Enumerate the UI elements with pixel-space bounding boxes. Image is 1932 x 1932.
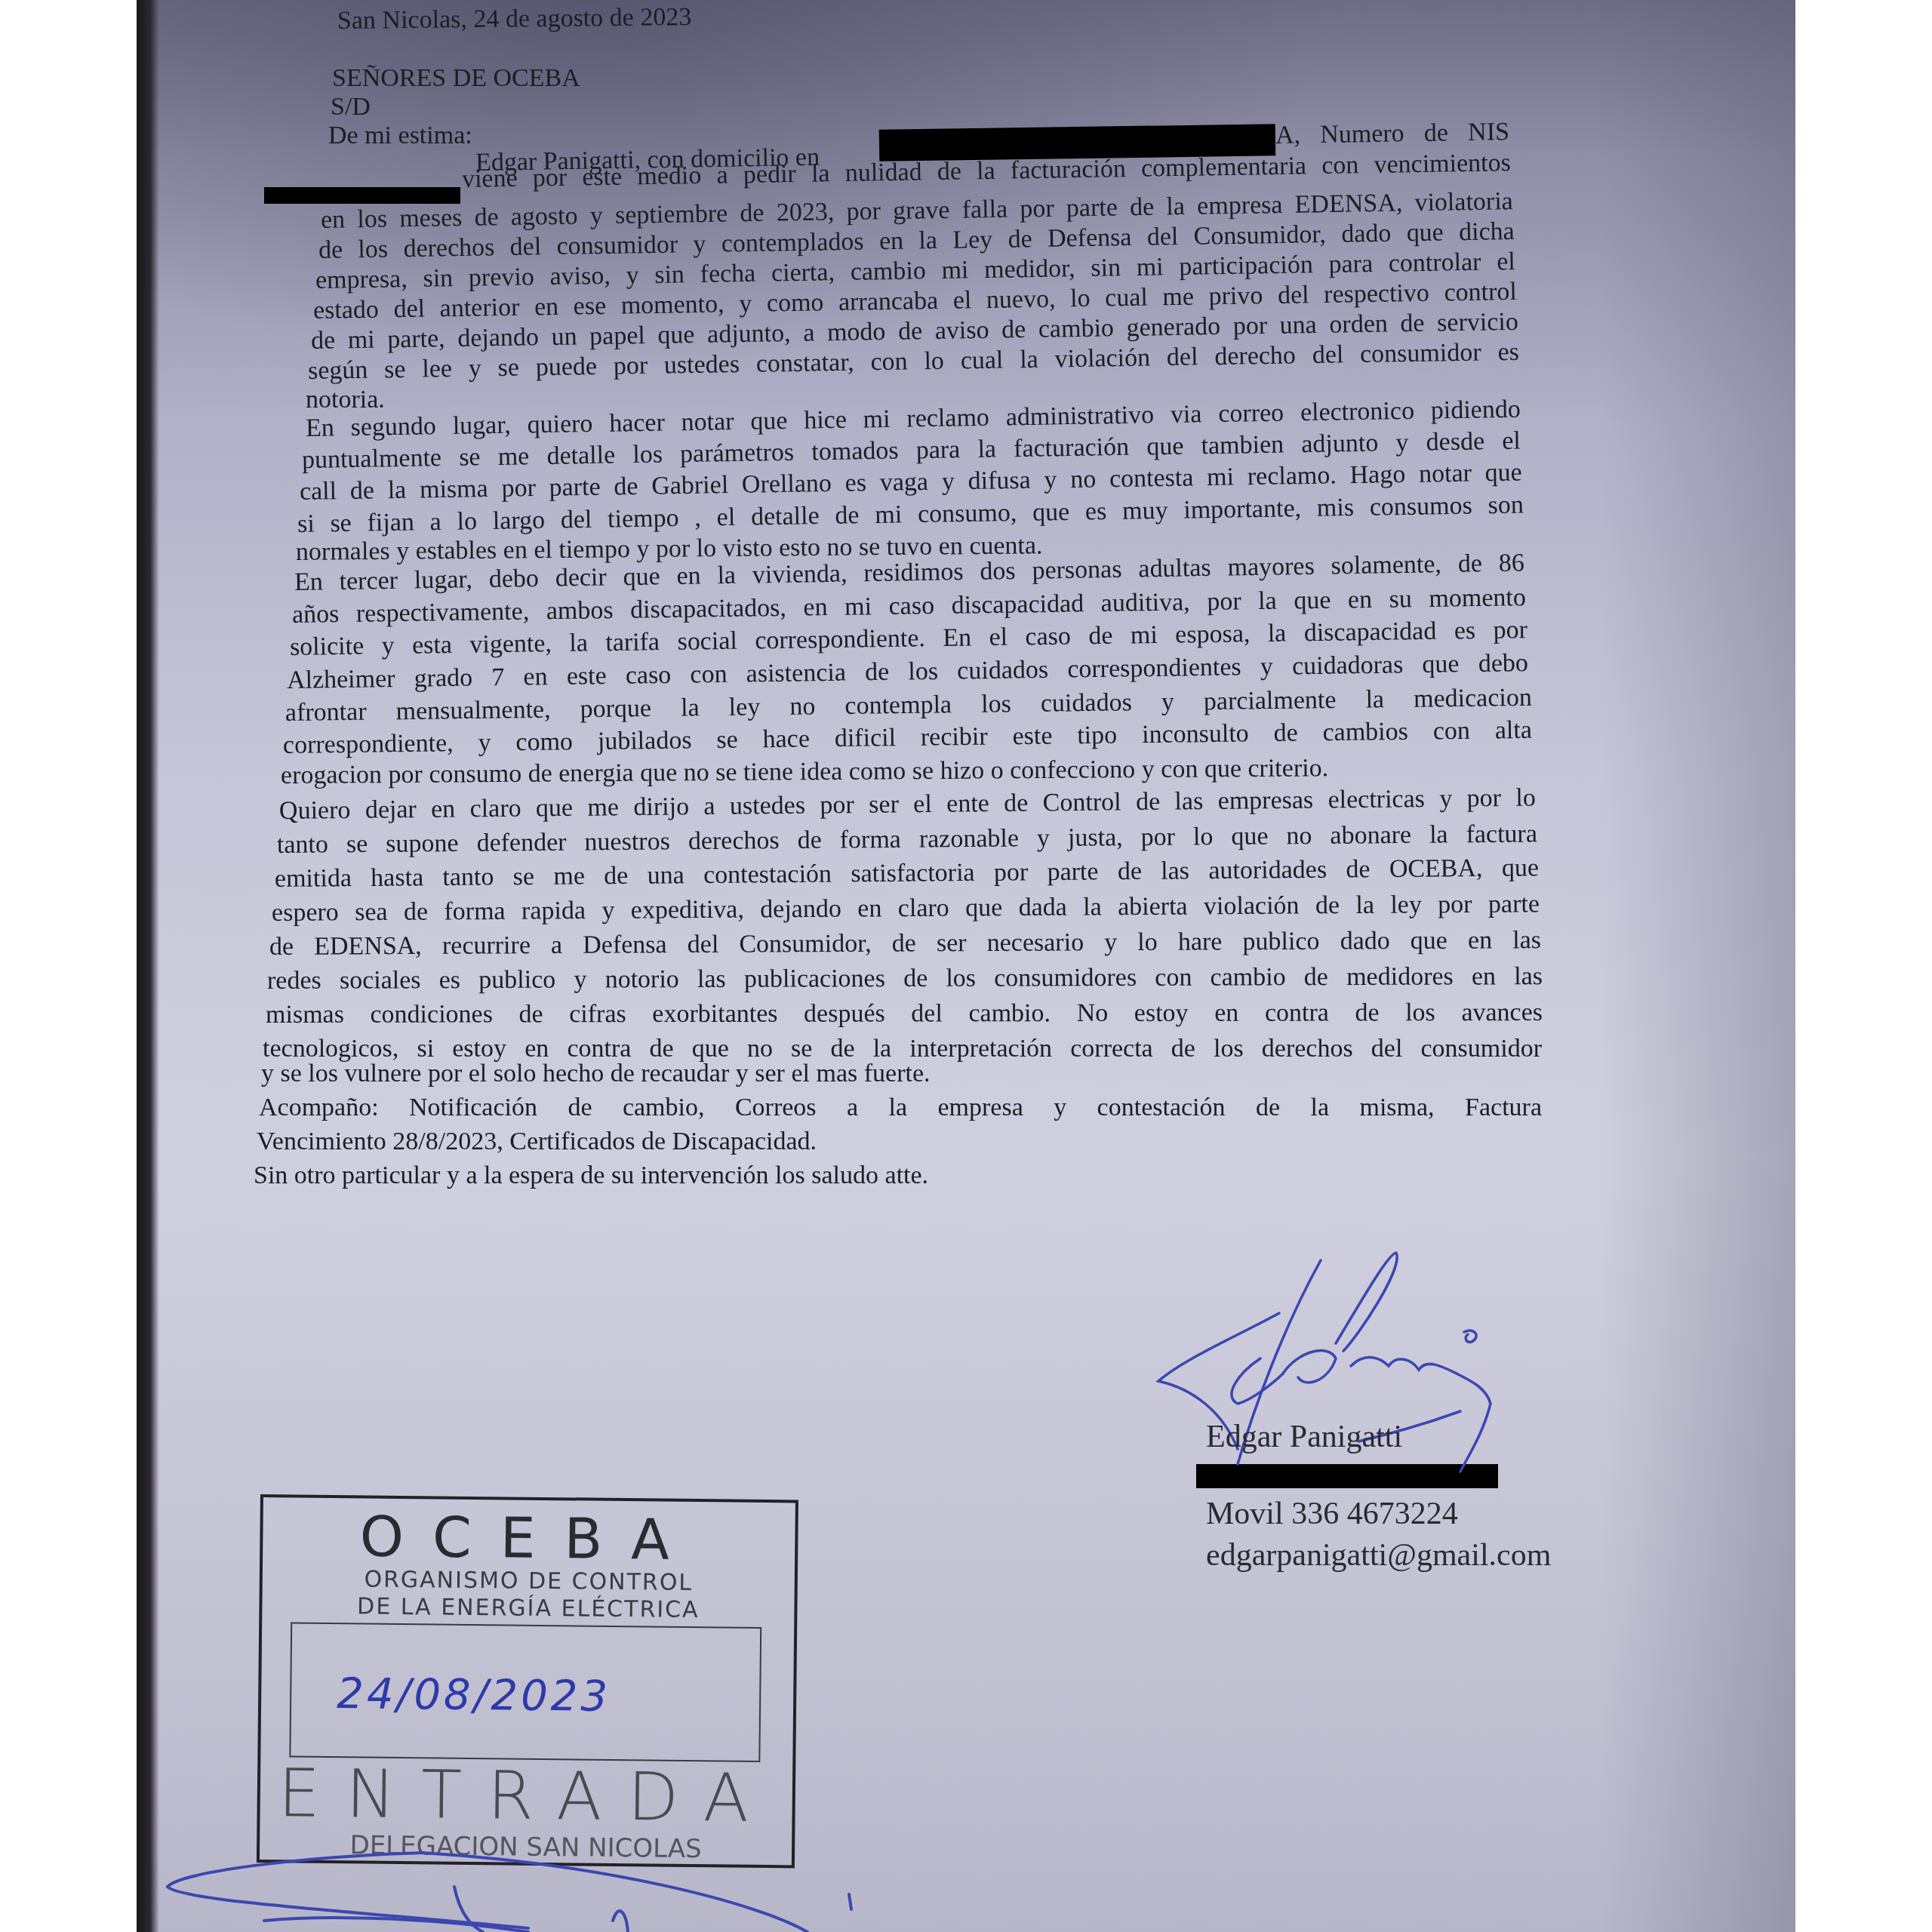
bottom-pen-stroke bbox=[0, 0, 1932, 1932]
